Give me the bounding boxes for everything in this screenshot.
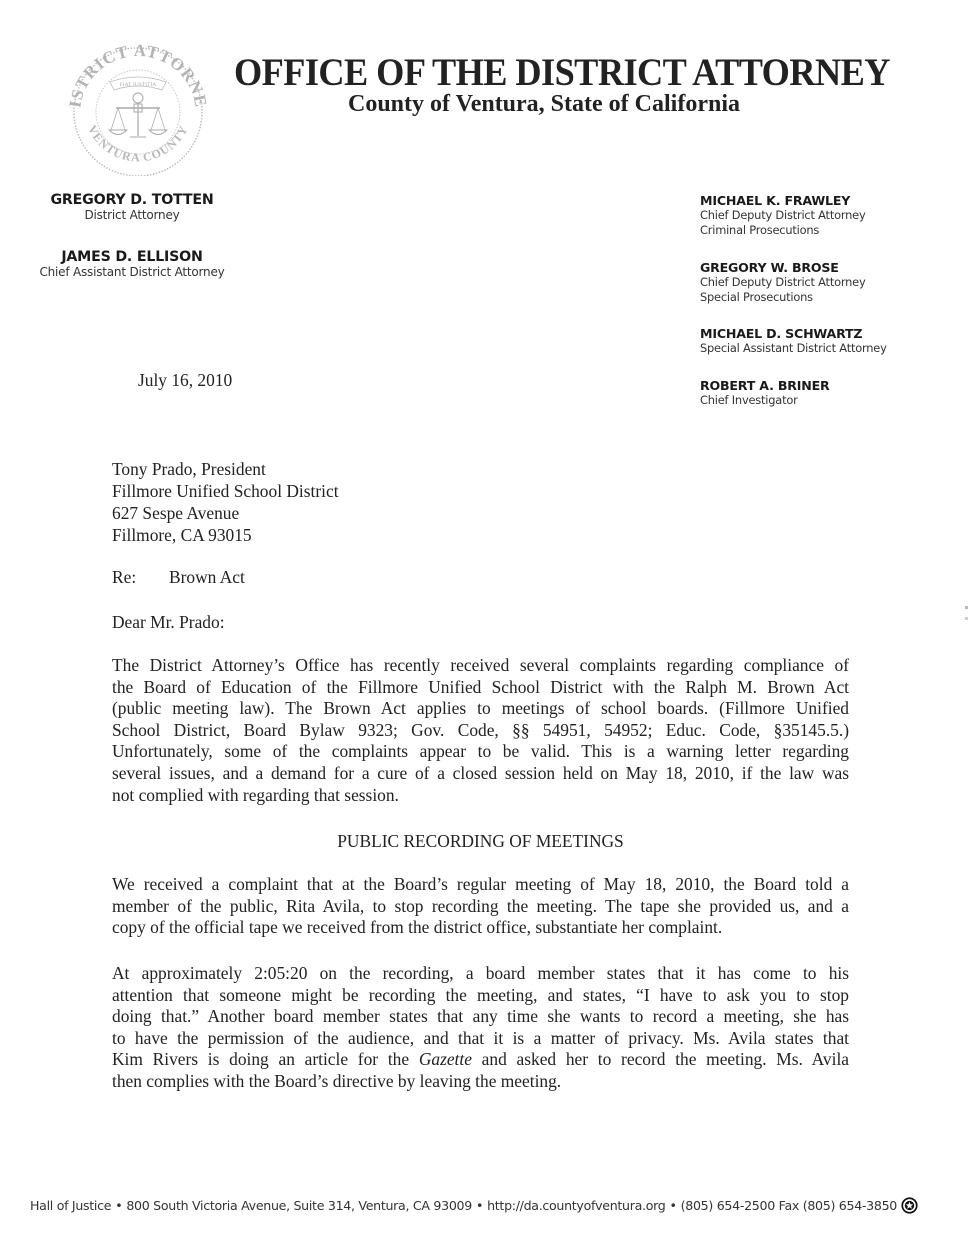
staff-name: GREGORY W. BROSE [700,260,866,275]
paragraph-intro: The District Attorney’s Office has recen… [112,655,849,806]
footer-location: Hall of Justice [30,1198,111,1213]
scan-artifact [965,617,968,620]
union-label-icon [901,1197,918,1214]
text-segment: Kim Rivers is doing an article for the [112,1049,419,1069]
subject-label: Re: [112,567,169,588]
footer-phone: (805) 654-2500 [681,1198,775,1213]
text-line: member of the public, Rita Avila, to sto… [112,896,849,918]
staff-name: JAMES D. ELLISON [32,249,232,265]
staff-block-briner: ROBERT A. BRINER Chief Investigator [700,378,829,408]
text-line: copy of the official tape we received fr… [112,917,849,939]
office-subtitle: County of Ventura, State of California [234,91,854,118]
text-line: At approximately 2:05:20 on the recordin… [112,963,849,985]
staff-block-brose: GREGORY W. BROSE Chief Deputy District A… [700,260,866,305]
svg-text:FIAT JUSTITIA: FIAT JUSTITIA [120,82,156,88]
staff-title: Special Assistant District Attorney [700,341,887,356]
footer-website: http://da.countyofventura.org [487,1198,665,1213]
bullet-separator: • [476,1198,483,1213]
district-attorney-seal: DISTRICT ATTORNEY VENTURA COUNTY FIAT JU… [58,44,218,176]
bullet-separator: • [669,1198,676,1213]
scales-of-justice-icon: DISTRICT ATTORNEY VENTURA COUNTY FIAT JU… [58,44,218,176]
salutation: Dear Mr. Prado: [112,612,225,633]
text-segment: and asked her to record the meeting. Ms.… [472,1049,849,1069]
staff-title: District Attorney [32,208,232,223]
staff-title: Chief Investigator [700,393,829,408]
text-line: The District Attorney’s Office has recen… [112,655,849,677]
text-line: (public meeting law). The Brown Act appl… [112,698,849,720]
letter-date: July 16, 2010 [138,370,232,391]
recipient-line: Tony Prado, President [112,458,339,480]
text-line: not complied with regarding that session… [112,785,849,807]
staff-division: Criminal Prosecutions [700,223,866,238]
text-line: attention that someone might be recordin… [112,985,849,1007]
paragraph-recording-details: At approximately 2:05:20 on the recordin… [112,963,849,1093]
footer-address: 800 South Victoria Avenue, Suite 314, Ve… [126,1198,472,1213]
text-line: to have the permission of the audience, … [112,1028,849,1050]
footer-fax: Fax (805) 654-3850 [779,1198,897,1213]
publication-name: Gazette [419,1049,472,1069]
text-line: Unfortunately, some of the complaints ap… [112,741,849,763]
staff-name: MICHAEL D. SCHWARTZ [700,326,887,341]
text-line: then complies with the Board’s directive… [112,1071,849,1093]
recipient-line: Fillmore, CA 93015 [112,524,339,546]
text-line: the Board of Education of the Fillmore U… [112,677,849,699]
staff-block-chief-assistant: JAMES D. ELLISON Chief Assistant Distric… [32,249,232,280]
staff-title: Chief Deputy District Attorney [700,275,866,290]
bullet-separator: • [115,1198,122,1213]
recipient-line: 627 Sespe Avenue [112,502,339,524]
staff-block-schwartz: MICHAEL D. SCHWARTZ Special Assistant Di… [700,326,887,356]
svg-text:DISTRICT ATTORNEY: DISTRICT ATTORNEY [58,44,211,109]
staff-title: Chief Assistant District Attorney [32,265,232,280]
subject-text: Brown Act [169,567,245,587]
text-line: several issues, and a demand for a cure … [112,763,849,785]
staff-name: GREGORY D. TOTTEN [32,192,232,208]
office-title: OFFICE OF THE DISTRICT ATTORNEY [234,50,853,95]
staff-title: Chief Deputy District Attorney [700,208,866,223]
text-line: School District, Board Bylaw 9323; Gov. … [112,720,849,742]
recipient-address: Tony Prado, President Fillmore Unified S… [112,458,339,546]
section-heading: PUBLIC RECORDING OF MEETINGS [112,831,849,852]
paragraph-complaint: We received a complaint that at the Boar… [112,874,849,939]
text-line: doing that.” Another board member states… [112,1006,849,1028]
subject-line: Re:Brown Act [112,567,245,588]
staff-block-district-attorney: GREGORY D. TOTTEN District Attorney [32,192,232,223]
scan-artifact [965,606,968,609]
staff-division: Special Prosecutions [700,290,866,305]
text-line: Kim Rivers is doing an article for the G… [112,1049,849,1071]
staff-name: ROBERT A. BRINER [700,378,829,393]
staff-block-frawley: MICHAEL K. FRAWLEY Chief Deputy District… [700,193,866,238]
recipient-line: Fillmore Unified School District [112,480,339,502]
staff-name: MICHAEL K. FRAWLEY [700,193,866,208]
text-line: We received a complaint that at the Boar… [112,874,849,896]
letterhead-footer: Hall of Justice•800 South Victoria Avenu… [30,1197,940,1214]
